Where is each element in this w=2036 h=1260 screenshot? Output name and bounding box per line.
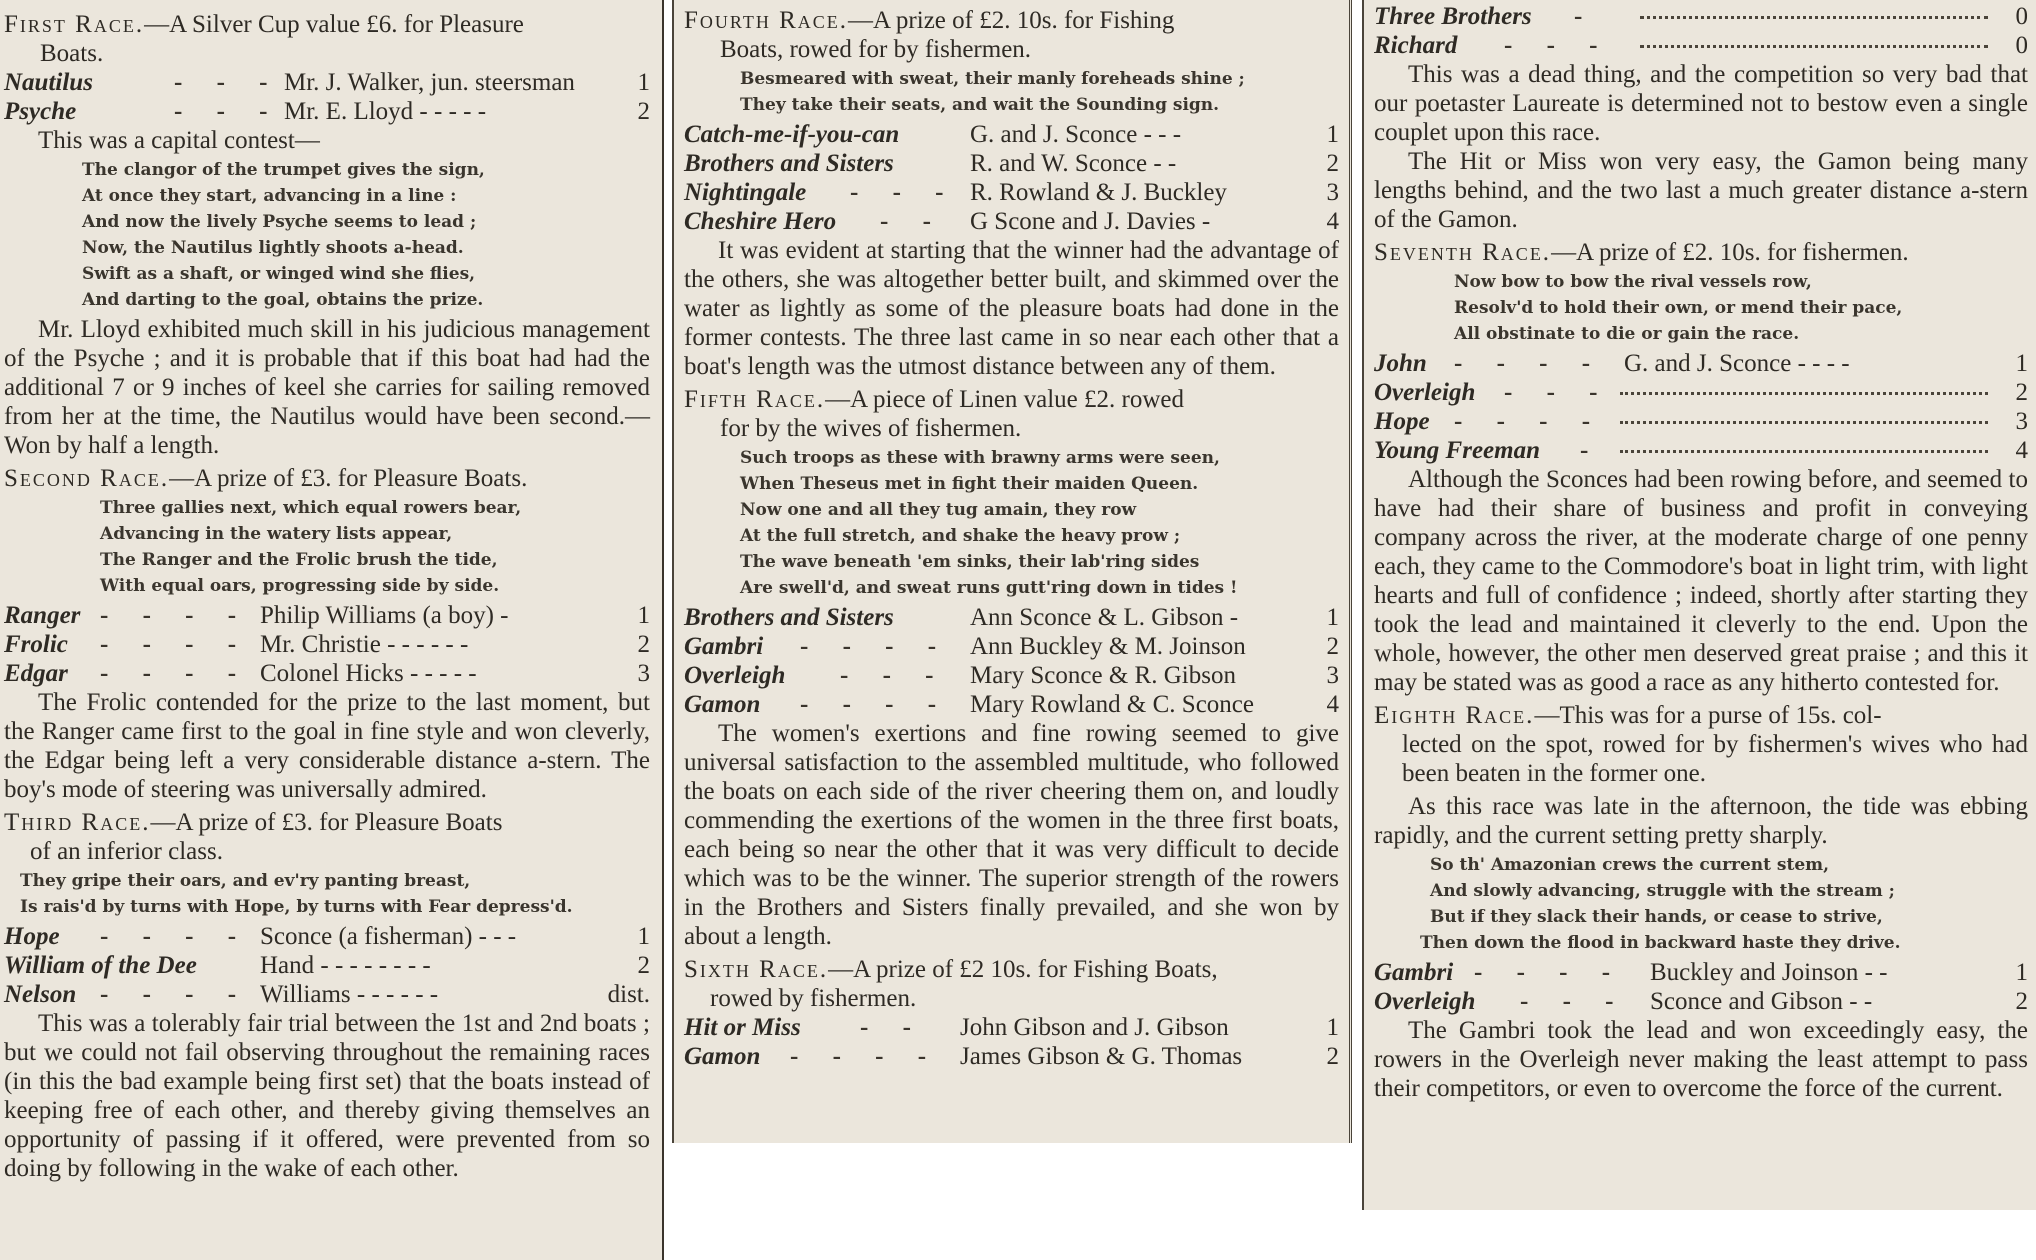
clipping-column-right: Three Brothers-0 Richard- - -0 This was …: [1362, 0, 2036, 1210]
result-row: Gambri- - - -Ann Buckley & M. Joinson2: [684, 632, 1339, 661]
result-row: John- - - -G. and J. Sconce - - - -1: [1374, 349, 2028, 378]
intro-text: This was a capital contest—: [4, 126, 650, 155]
result-row: Psyche- - -Mr. E. Lloyd - - - - -2: [4, 97, 650, 126]
race-second: Second Race.—A prize of £3. for Pleasure…: [4, 464, 650, 804]
result-row: Richard- - -0: [1374, 31, 2028, 60]
race-fifth: Fifth Race.—A piece of Linen value £2. r…: [684, 385, 1339, 951]
race-commentary: The women's exertions and fine rowing se…: [684, 719, 1339, 951]
dotted-leader: [1620, 378, 1988, 395]
result-row: Cheshire Hero- -G Scone and J. Davies -4: [684, 207, 1339, 236]
dotted-leader: [1620, 407, 1988, 424]
result-row: Overleigh- - -Sconce and Gibson - -2: [1374, 987, 2028, 1016]
result-row: Gambri- - - -Buckley and Joinson - -1: [1374, 958, 2028, 987]
poem-verse: The clangor of the trumpet gives the sig…: [82, 157, 650, 313]
dotted-leader: [1640, 31, 1988, 48]
race-commentary: As this race was late in the afternoon, …: [1374, 792, 2028, 850]
poem-verse: Three gallies next, which equal rowers b…: [100, 495, 650, 599]
result-row: Brothers and SistersAnn Sconce & L. Gibs…: [684, 603, 1339, 632]
race-commentary: The Hit or Miss won very easy, the Gamon…: [1374, 147, 2028, 234]
result-row: William of the DeeHand - - - - - - - -2: [4, 951, 650, 980]
race-commentary: The Gambri took the lead and won exceedi…: [1374, 1016, 2028, 1103]
result-row: Hope- - - -Sconce (a fisherman) - - -1: [4, 922, 650, 951]
poem-verse: They gripe their oars, and ev'ry panting…: [20, 868, 650, 920]
result-row: Hope- - - -3: [1374, 407, 2028, 436]
result-row: Edgar- - - -Colonel Hicks - - - - -3: [4, 659, 650, 688]
race-eighth: Eighth Race.—This was for a purse of 15s…: [1374, 701, 2028, 1103]
race-heading: Fifth Race.—A piece of Linen value £2. r…: [684, 385, 1339, 443]
clipping-column-left: First Race.—A Silver Cup value £6. for P…: [0, 0, 664, 1260]
clipping-column-middle: Fourth Race.—A prize of £2. 10s. for Fis…: [672, 0, 1352, 1143]
race-fourth: Fourth Race.—A prize of £2. 10s. for Fis…: [684, 6, 1339, 381]
result-row: Hit or Miss- -John Gibson and J. Gibson1: [684, 1013, 1339, 1042]
dotted-leader: [1620, 436, 1988, 453]
result-row: Frolic- - - -Mr. Christie - - - - - -2: [4, 630, 650, 659]
result-row: Brothers and SistersR. and W. Sconce - -…: [684, 149, 1339, 178]
result-row: Gamon- - - -Mary Rowland & C. Sconce4: [684, 690, 1339, 719]
race-heading: Seventh Race.—A prize of £2. 10s. for fi…: [1374, 238, 2028, 267]
result-row: Overleigh- - -Mary Sconce & R. Gibson3: [684, 661, 1339, 690]
race-sixth: Sixth Race.—A prize of £2 10s. for Fishi…: [684, 955, 1339, 1071]
race-heading: Eighth Race.—This was for a purse of 15s…: [1374, 701, 2028, 788]
result-row: Nightingale- - -R. Rowland & J. Buckley3: [684, 178, 1339, 207]
result-row: Gamon- - - -James Gibson & G. Thomas2: [684, 1042, 1339, 1071]
dotted-leader: [1640, 2, 1988, 19]
result-row: Catch-me-if-you-canG. and J. Sconce - - …: [684, 120, 1339, 149]
race-heading: Third Race.—A prize of £3. for Pleasure …: [4, 808, 650, 866]
race-heading: Second Race.—A prize of £3. for Pleasure…: [4, 464, 650, 493]
race-commentary: Mr. Lloyd exhibited much skill in his ju…: [4, 315, 650, 460]
result-row: Nelson- - - -Williams - - - - - -dist.: [4, 980, 650, 1009]
race-heading: First Race.—A Silver Cup value £6. for P…: [4, 10, 650, 68]
race-commentary: This was a dead thing, and the competiti…: [1374, 60, 2028, 147]
result-row: Nautilus- - -Mr. J. Walker, jun. steersm…: [4, 68, 650, 97]
race-heading: Fourth Race.—A prize of £2. 10s. for Fis…: [684, 6, 1339, 64]
race-first: First Race.—A Silver Cup value £6. for P…: [4, 10, 650, 460]
result-row: Overleigh- - -2: [1374, 378, 2028, 407]
race-sixth-continued: Three Brothers-0 Richard- - -0 This was …: [1374, 2, 2028, 234]
race-heading: Sixth Race.—A prize of £2 10s. for Fishi…: [684, 955, 1339, 1013]
race-commentary: This was a tolerably fair trial between …: [4, 1009, 650, 1183]
poem-verse: Besmeared with sweat, their manly forehe…: [740, 66, 1339, 118]
race-commentary: Although the Sconces had been rowing bef…: [1374, 465, 2028, 697]
poem-verse: So th' Amazonian crews the current stem,…: [1430, 852, 2028, 956]
poem-verse: Now bow to bow the rival vessels row, Re…: [1454, 269, 2028, 347]
race-commentary: The Frolic contended for the prize to th…: [4, 688, 650, 804]
result-row: Three Brothers-0: [1374, 2, 2028, 31]
result-row: Ranger- - - -Philip Williams (a boy) -1: [4, 601, 650, 630]
poem-verse: Such troops as these with brawny arms we…: [740, 445, 1339, 601]
result-row: Young Freeman-4: [1374, 436, 2028, 465]
race-seventh: Seventh Race.—A prize of £2. 10s. for fi…: [1374, 238, 2028, 697]
race-commentary: It was evident at starting that the winn…: [684, 236, 1339, 381]
race-third: Third Race.—A prize of £3. for Pleasure …: [4, 808, 650, 1183]
